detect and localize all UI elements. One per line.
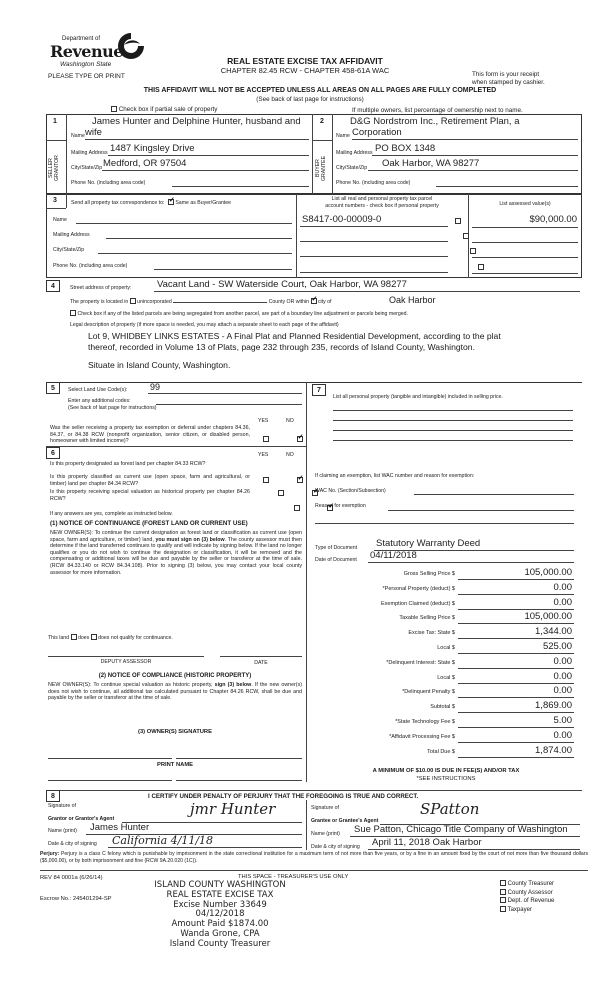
section-3-number: 3 [53,197,57,204]
fee-label: Subtotal $ [285,704,455,710]
grantor-name-label: Name (print) [48,828,77,834]
fee-value[interactable]: 0.00 [472,671,572,682]
fee-label: *State Technology Fee $ [285,719,455,725]
personal-property-line-1[interactable] [333,410,573,411]
designation-question: Is this property designated as forest la… [50,461,250,468]
segregated-label: Check box if any of the listed parcels a… [77,311,407,317]
fee-value[interactable]: 525.00 [472,641,572,652]
yes-header-6: YES [258,452,268,458]
designation-question: Is this property classified as current u… [50,474,250,487]
land-use-field[interactable]: 99 [150,382,160,392]
if-yes-note: If any answers are yes, complete as inst… [50,511,173,517]
land-use-label: Select Land Use Code(s): [68,387,127,393]
copies-list: County Treasurer County Assessor Dept. o… [500,880,554,914]
correspondence-phone-label: Phone No. (including area code) [53,263,127,269]
located-in-label: The property is located in [70,299,128,305]
grantee-name-label: Name (print) [311,831,340,837]
county-or-within-label: County OR within [269,299,309,305]
question-yes-checkbox[interactable] [263,477,269,483]
yes-header-5: YES [258,418,268,424]
designation-question: Is this property receiving special valua… [50,489,250,502]
copy-option[interactable]: Taxpayer [500,906,554,913]
seller-phone-label: Phone No. (including area code) [71,180,145,186]
owner-signature-label: (3) OWNER(S) SIGNATURE [48,729,302,735]
grantee-name-field[interactable]: Sue Patton, Chicago Title Company of Was… [354,824,568,835]
fee-value[interactable]: 0.00 [472,582,572,593]
dor-logo: Department of Revenue Washington State [50,34,150,74]
section-4-number: 4 [46,280,60,292]
parcel-header-2: account numbers - check box if personal … [297,203,467,209]
parcel-header-1: List all real and personal property tax … [297,196,467,202]
fee-label: Gross Selling Price $ [285,571,455,577]
fee-value[interactable]: 105,000.00 [472,567,572,578]
notice1-title: (1) NOTICE OF CONTINUANCE (FOREST LAND O… [50,520,248,527]
buyer-name-label: Name [336,133,350,139]
unincorporated-label: unincorporated [137,299,172,305]
send-correspondence-row: Send all property tax correspondence to:… [71,199,231,206]
fee-label: *Affidavit Processing Fee $ [285,734,455,740]
receipt-note-1: This form is your receipt [472,71,539,78]
exemption-claim-label: If claiming an exemption, list WAC numbe… [315,473,474,479]
escrow-label: Escrow No.: [40,896,71,902]
fee-label: *Delinquent Penalty $ [285,689,455,695]
segregated-checkbox[interactable] [70,310,76,316]
legal-description-line2: thereof, recorded in Volume 13 of Plats,… [88,342,475,352]
grantor-date-field[interactable]: California 4/11/18 [112,834,213,847]
partial-sale-row[interactable]: Check box if partial sale of property [111,106,217,113]
escrow-row: Escrow No.: 245401294-SP [40,896,112,902]
street-address-field[interactable]: Vacant Land - SW Waterside Court, Oak Ha… [157,279,407,290]
doc-date-label: Date of Document [315,557,357,563]
correspondence-name-label: Name [53,217,67,223]
exemption-question: Was the seller receiving a property tax … [50,425,250,445]
fee-label: Exemption Claimed (deduct) $ [285,601,455,607]
question-no-checkbox[interactable] [297,477,303,483]
minimum-due-note: A MINIMUM OF $10.00 IS DUE IN FEE(S) AND… [310,768,582,774]
copy-option[interactable]: Dept. of Revenue [500,897,554,904]
copy-checkbox[interactable] [500,889,506,895]
personal-property-checkbox[interactable] [470,248,476,254]
send-correspondence-label: Send all property tax correspondence to: [71,200,164,206]
receipt-note-2: when stamped by cashier. [472,79,545,86]
same-as-buyer-label: Same as Buyer/Grantee [175,200,231,206]
additional-codes-label: Enter any additional codes: [68,398,131,404]
exemption-no-checkbox[interactable] [297,436,303,442]
warning-text: THIS AFFIDAVIT WILL NOT BE ACCEPTED UNLE… [80,87,560,94]
wac-label: WAC No. (Section/Subsection) [315,488,386,494]
escrow-number: 245401294-SP [73,896,112,902]
form-subtitle: CHAPTER 82.45 RCW - CHAPTER 458-61A WAC [190,66,420,75]
multiple-owners-note: If multiple owners, list percentage of o… [352,107,523,114]
personal-property-line-3[interactable] [333,430,573,431]
fee-value[interactable]: 0.00 [472,685,572,696]
deputy-assessor-label: DEPUTY ASSESSOR [48,659,204,665]
question-yes-checkbox[interactable] [294,505,300,511]
print-name-label: PRINT NAME [48,762,302,768]
print-name-line[interactable] [48,780,172,781]
grantor-signature[interactable]: jmr Hunter [190,800,275,818]
fee-label: *Delinquent Interest: State $ [285,660,455,666]
grantee-date-label: Date & city of signing [311,844,360,850]
buyer-mailing-field[interactable]: PO BOX 1348 [375,143,435,154]
buyer-name-line1: D&G Nordstrom Inc., Retirement Plan, a [350,116,519,127]
unincorporated-checkbox[interactable] [130,298,136,304]
see-instructions-note: *SEE INSTRUCTIONS [310,776,582,782]
grantor-sig-label-1: Signature of [48,803,76,809]
city-value[interactable]: Oak Harbor [389,295,436,305]
rev-number: REV 84 0001a (6/26/14) [40,875,103,881]
notice2-title: (2) NOTICE OF COMPLIANCE (HISTORIC PROPE… [48,673,302,679]
additional-codes-note: (See back of last page for instructions) [68,405,157,411]
buyer-mailing-label: Mailing Address [336,150,373,156]
doc-type-field[interactable]: Statutory Warranty Deed [376,538,480,549]
doc-type-label: Type of Document [315,545,357,551]
city-of-label: city of [318,299,332,305]
grantor-date-label: Date & city of signing [48,841,97,847]
no-header-5: NO [286,418,294,424]
buyer-grantee-label: BUYER GRANTEE [315,146,329,190]
seller-grantor-label: SELLER GRANTOR [48,146,62,190]
personal-property-line-2[interactable] [333,420,573,421]
fee-label: Local $ [285,645,455,651]
seller-name-label: Name [71,133,85,139]
fee-label: Total Due $ [285,749,455,755]
copy-checkbox[interactable] [500,897,506,903]
buyer-city-label: City/State/Zip [336,165,367,171]
section-7-number: 7 [312,384,326,396]
legal-description-line3: Situate in Island County, Washington. [88,360,230,370]
city-checkbox[interactable] [311,298,317,304]
grantee-sig-label-1: Signature of [311,805,339,811]
buyer-phone-label: Phone No. (including area code) [336,180,410,186]
correspondence-city-label: City/State/Zip [53,247,84,253]
seller-mailing-field[interactable]: 1487 Kingsley Drive [110,143,195,154]
please-type-text: PLEASE TYPE OR PRINT [48,73,125,80]
fee-label: *Personal Property (deduct) $ [285,586,455,592]
section-1-number: 1 [53,118,57,125]
grantor-name-field[interactable]: James Hunter [90,822,149,833]
fee-value[interactable]: 105,000.00 [472,611,572,622]
seller-city-label: City/State/Zip [71,165,102,171]
notice1-text: NEW OWNER(S): To continue the current de… [50,530,302,576]
grantee-date-field[interactable]: April 11, 2018 Oak Harbor [372,837,482,848]
logo-state-text: Washington State [60,61,111,68]
section-6-number: 6 [46,447,60,459]
seller-name-line2[interactable]: wife [85,127,102,138]
seller-name-line1: James Hunter and Delphine Hunter, husban… [92,116,301,127]
personal-property-checkbox[interactable] [463,233,469,239]
fee-value[interactable]: 1,874.00 [472,745,572,756]
treasurer-stamp: ISLAND COUNTY WASHINGTONREAL ESTATE EXCI… [145,881,295,950]
does-not-qualify-checkbox[interactable] [91,634,97,640]
doc-date-field[interactable]: 04/11/2018 [370,550,417,561]
wac-field[interactable] [414,494,574,495]
fee-value[interactable]: 1,869.00 [472,700,572,711]
fee-label: Taxable Selling Price $ [285,615,455,621]
legal-description-line1: Lot 9, WHIDBEY LINKS ESTATES - A Final P… [88,331,501,341]
question-yes-checkbox[interactable] [278,490,284,496]
personal-property-label: List all personal property (tangible and… [333,394,503,400]
fee-value[interactable]: 1,344.00 [472,626,572,637]
section-5-number: 5 [46,382,60,394]
correspondence-mailing-label: Mailing Address [53,232,90,238]
dor-swoosh-icon [116,31,146,61]
notice2-text: NEW OWNER(S): To continue special valuat… [48,682,302,702]
stamp-line: Island County Treasurer [145,940,295,950]
partial-sale-label: Check box if partial sale of property [119,106,218,113]
personal-property-checkbox[interactable] [478,264,484,270]
location-row: The property is located in unincorporate… [70,298,332,305]
fee-label: Excise Tax: State $ [285,630,455,636]
no-header-6: NO [286,452,294,458]
does-qualify-checkbox[interactable] [71,634,77,640]
personal-property-line-4[interactable] [333,440,573,441]
assessed-header: List assessed value(s) [469,201,581,207]
continuance-row: This land does does not qualify for cont… [48,634,173,641]
fee-label: Local $ [285,675,455,681]
exemption-yes-checkbox[interactable] [263,436,269,442]
reason-label: Reason for exemption [315,503,366,509]
logo-revenue-text: Revenue [50,42,123,61]
legal-description-label: Legal description of property (if more s… [70,322,339,328]
perjury-text: Perjury: Perjury is a class C felony whi… [40,851,588,864]
form-title: REAL ESTATE EXCISE TAX AFFIDAVIT [190,56,420,66]
see-back-text: (See back of last page for instructions) [180,96,440,103]
buyer-city-field[interactable]: Oak Harbor, WA 98277 [382,158,479,169]
copy-checkbox[interactable] [500,880,506,886]
section-2-number: 2 [320,118,324,125]
section-8-number: 8 [46,790,60,802]
same-as-buyer-checkbox[interactable] [168,199,174,205]
assessed-value-field[interactable]: $90,000.00 [472,214,577,225]
fee-value[interactable]: 0.00 [472,730,572,741]
seller-city-field[interactable]: Medford, OR 97504 [103,158,186,169]
owner-signature-line[interactable] [48,758,172,759]
segregated-row: Check box if any of the listed parcels a… [70,310,408,317]
grantee-signature[interactable]: SPatton [420,800,479,818]
buyer-name-line2[interactable]: Corporation [352,127,402,138]
reason-field[interactable] [388,510,574,511]
fee-value[interactable]: 0.00 [472,656,572,667]
copy-checkbox[interactable] [500,906,506,912]
seller-mailing-label: Mailing Address [71,150,108,156]
street-address-label: Street address of property: [70,285,131,291]
fee-value[interactable]: 0.00 [472,597,572,608]
copy-option[interactable]: County Assessor [500,889,554,896]
partial-sale-checkbox[interactable] [111,106,117,112]
certify-text: I CERTIFY UNDER PENALTY OF PERJURY THAT … [148,793,418,800]
parcel-account-field[interactable]: S8417-00-00009-0 [302,214,381,225]
personal-property-checkbox[interactable] [455,218,461,224]
copy-option[interactable]: County Treasurer [500,880,554,887]
fee-value[interactable]: 5.00 [472,715,572,726]
